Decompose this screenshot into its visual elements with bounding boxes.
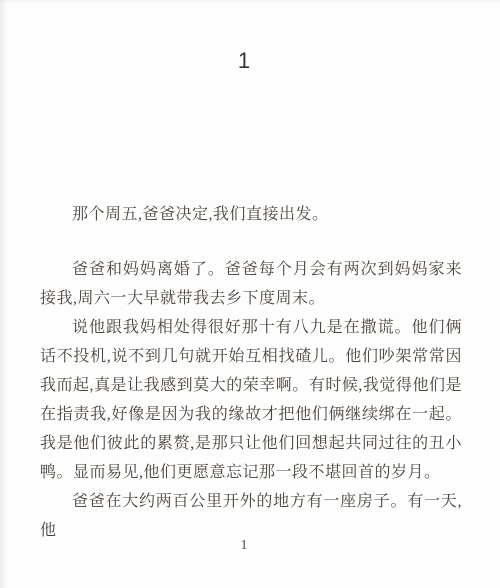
paragraph: 那个周五,爸爸决定,我们直接出发。 <box>40 200 462 229</box>
page-number: 1 <box>0 538 488 554</box>
paragraph: 爸爸和妈妈离婚了。爸爸每个月会有两次到妈妈家来接我,周六一大早就带我去乡下度周末… <box>40 255 462 313</box>
paragraph: 说他跟我妈相处得很好那十有八九是在撒谎。他们俩话不投机,说不到几句就开始互相找碴… <box>40 313 462 487</box>
paragraph: 爸爸在大约两百公里开外的地方有一座房子。有一天,他 <box>40 487 462 545</box>
body-text: 那个周五,爸爸决定,我们直接出发。爸爸和妈妈离婚了。爸爸每个月会有两次到妈妈家来… <box>40 200 462 545</box>
book-page: 1 那个周五,爸爸决定,我们直接出发。爸爸和妈妈离婚了。爸爸每个月会有两次到妈妈… <box>0 0 500 588</box>
chapter-number: 1 <box>0 49 488 73</box>
